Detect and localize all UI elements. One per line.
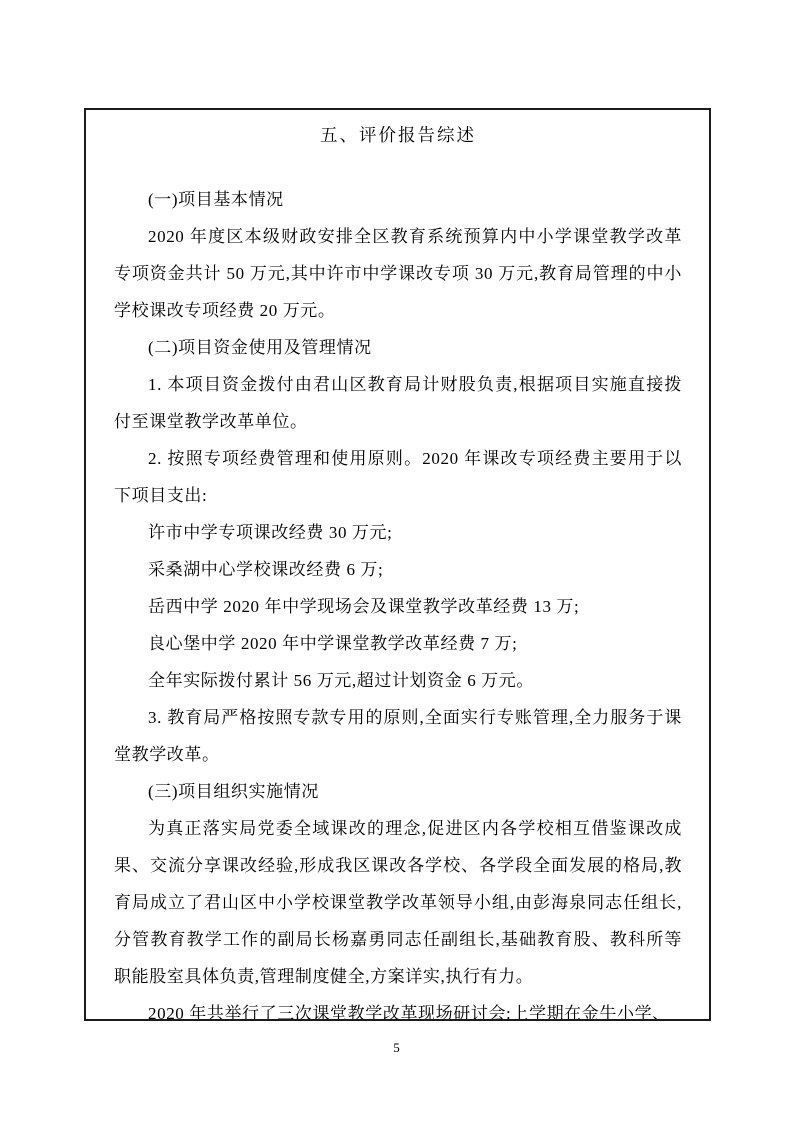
list-item-yuexi: 岳西中学 2020 年中学现场会及课堂教学改革经费 13 万; <box>114 588 682 625</box>
paragraph-fund-usage-intro: 2. 按照专项经费管理和使用原则。2020 年课改专项经费主要用于以下项目支出: <box>114 440 682 514</box>
paragraph-organization: 为真正落实局党委全域课改的理念,促进区内各学校相互借鉴课改成果、交流分享课改经验… <box>114 810 682 995</box>
section-title: 五、评价报告综述 <box>114 117 682 154</box>
paragraph-account-management: 3. 教育局严格按照专款专用的原则,全面实行专账管理,全力服务于课堂教学改革。 <box>114 699 682 773</box>
document-page: 五、评价报告综述 (一)项目基本情况 2020 年度区本级财政安排全区教育系统预… <box>0 0 793 1122</box>
paragraph-basic-info: 2020 年度区本级财政安排全区教育系统预算内中小学课堂教学改革专项资金共计 5… <box>114 218 682 329</box>
paragraph-seminars: 2020 年共举行了三次课堂教学改革现场研讨会:上学期在金牛小学、 <box>114 995 682 1021</box>
paragraph-total-disbursed: 全年实际拨付累计 56 万元,超过计划资金 6 万元。 <box>114 662 682 699</box>
list-item-liangxinbao: 良心堡中学 2020 年中学课堂教学改革经费 7 万; <box>114 625 682 662</box>
page-number: 5 <box>0 1038 793 1058</box>
subsection-heading-1: (一)项目基本情况 <box>114 181 682 218</box>
list-item-xushi: 许市中学专项课改经费 30 万元; <box>114 514 682 551</box>
list-item-caisanghu: 采桑湖中心学校课改经费 6 万; <box>114 551 682 588</box>
subsection-heading-2: (二)项目资金使用及管理情况 <box>114 329 682 366</box>
subsection-heading-3: (三)项目组织实施情况 <box>114 773 682 810</box>
paragraph-fund-allocation: 1. 本项目资金拨付由君山区教育局计财股负责,根据项目实施直接拨付至课堂教学改革… <box>114 366 682 440</box>
document-border-frame: 五、评价报告综述 (一)项目基本情况 2020 年度区本级财政安排全区教育系统预… <box>84 108 711 1021</box>
